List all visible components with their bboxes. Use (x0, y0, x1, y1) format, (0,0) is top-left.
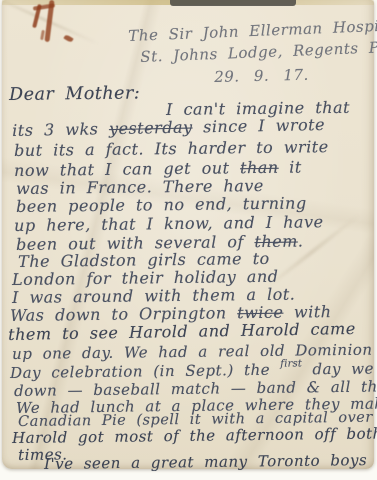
letter-line-21: I've seen a great many Toronto boys (44, 451, 367, 473)
letterhead-date: 29. 9. 17. (214, 66, 309, 86)
line-text: . (298, 231, 304, 250)
line-text: it (279, 157, 302, 176)
struck-word: twice (237, 303, 283, 323)
letter-page: The Sir John Ellerman Hospital. St. John… (2, 0, 374, 469)
line-text: its 3 wks (12, 119, 109, 140)
line-text: since I wrote (192, 115, 325, 137)
letter-line-2: its 3 wks yesterday since I wrote (12, 115, 325, 140)
salutation: Dear Mother: (9, 83, 140, 105)
stain-stroke (63, 34, 73, 43)
line-text: day we went (302, 359, 377, 378)
scan-background: The Sir John Ellerman Hospital. St. John… (0, 0, 377, 480)
struck-word: than (240, 158, 279, 177)
ink-stain (32, 0, 82, 52)
inserted-word: first (280, 358, 302, 369)
letter-line-19: Harold got most of the afternoon off bot… (12, 424, 377, 447)
struck-word: yesterday (109, 118, 193, 139)
letter-line-3: but its a fact. Its harder to write (14, 137, 329, 160)
scan-dark-strip (170, 0, 296, 6)
